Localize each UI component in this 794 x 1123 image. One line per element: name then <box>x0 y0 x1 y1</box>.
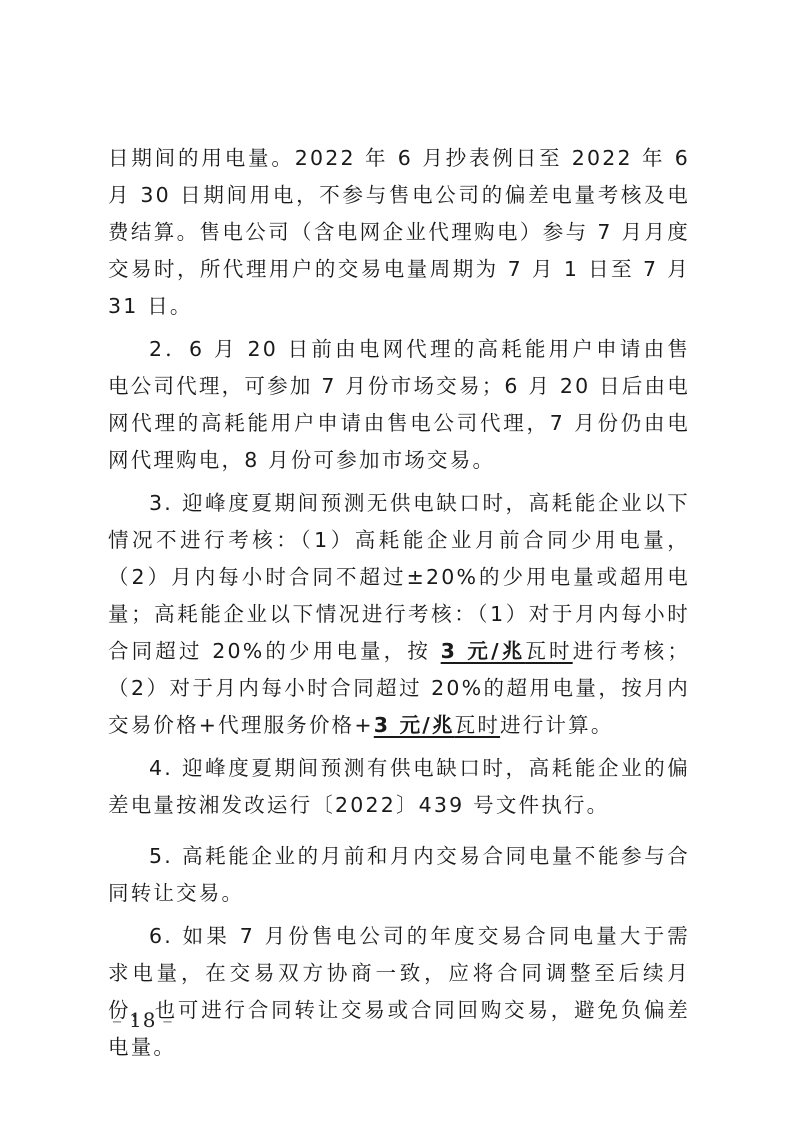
paragraph-continuation: 日期间的用电量。2022 年 6 月抄表例日至 2022 年 6 月 30 日期… <box>108 140 690 325</box>
paragraph-item-3: 3. 迎峰度夏期间预测无供电缺口时，高耗能企业以下情况不进行考核：（1）高耗能企… <box>108 485 690 744</box>
penalty-rate-unit-2: 瓦时 <box>455 713 500 737</box>
paragraph-item-5: 5. 高耗能企业的月前和月内交易合同电量不能参与合同转让交易。 <box>108 838 690 912</box>
paragraph-3-text-c: 进行计算。 <box>500 713 614 737</box>
document-page-body: 日期间的用电量。2022 年 6 月抄表例日至 2022 年 6 月 30 日期… <box>108 140 690 1066</box>
paragraph-3-text-a: 3. 迎峰度夏期间预测无供电缺口时，高耗能企业以下情况不进行考核：（1）高耗能企… <box>108 491 690 663</box>
page-number-footer: –18– <box>106 1008 179 1032</box>
paragraph-item-2: 2．6 月 20 日前由电网代理的高耗能用户申请由售电公司代理，可参加 7 月份… <box>108 331 690 479</box>
penalty-rate-highlight-2: 3 元/兆瓦时 <box>374 713 500 737</box>
page-number-dash-right: – <box>162 1008 173 1032</box>
page-number: 18 <box>129 1008 156 1032</box>
paragraph-item-6: 6. 如果 7 月份售电公司的年度交易合同电量大于需求电量，在交易双方协商一致，… <box>108 918 690 1066</box>
page-number-dash-left: – <box>112 1008 123 1032</box>
penalty-rate-value-2: 3 元/兆 <box>374 713 455 737</box>
penalty-rate-value-1: 3 元/兆 <box>441 639 526 663</box>
paragraph-item-4: 4. 迎峰度夏期间预测有供电缺口时，高耗能企业的偏差电量按湘发改运行〔2022〕… <box>108 750 690 824</box>
penalty-rate-unit-1: 瓦时 <box>525 639 572 663</box>
penalty-rate-highlight-1: 3 元/兆瓦时 <box>441 639 573 663</box>
